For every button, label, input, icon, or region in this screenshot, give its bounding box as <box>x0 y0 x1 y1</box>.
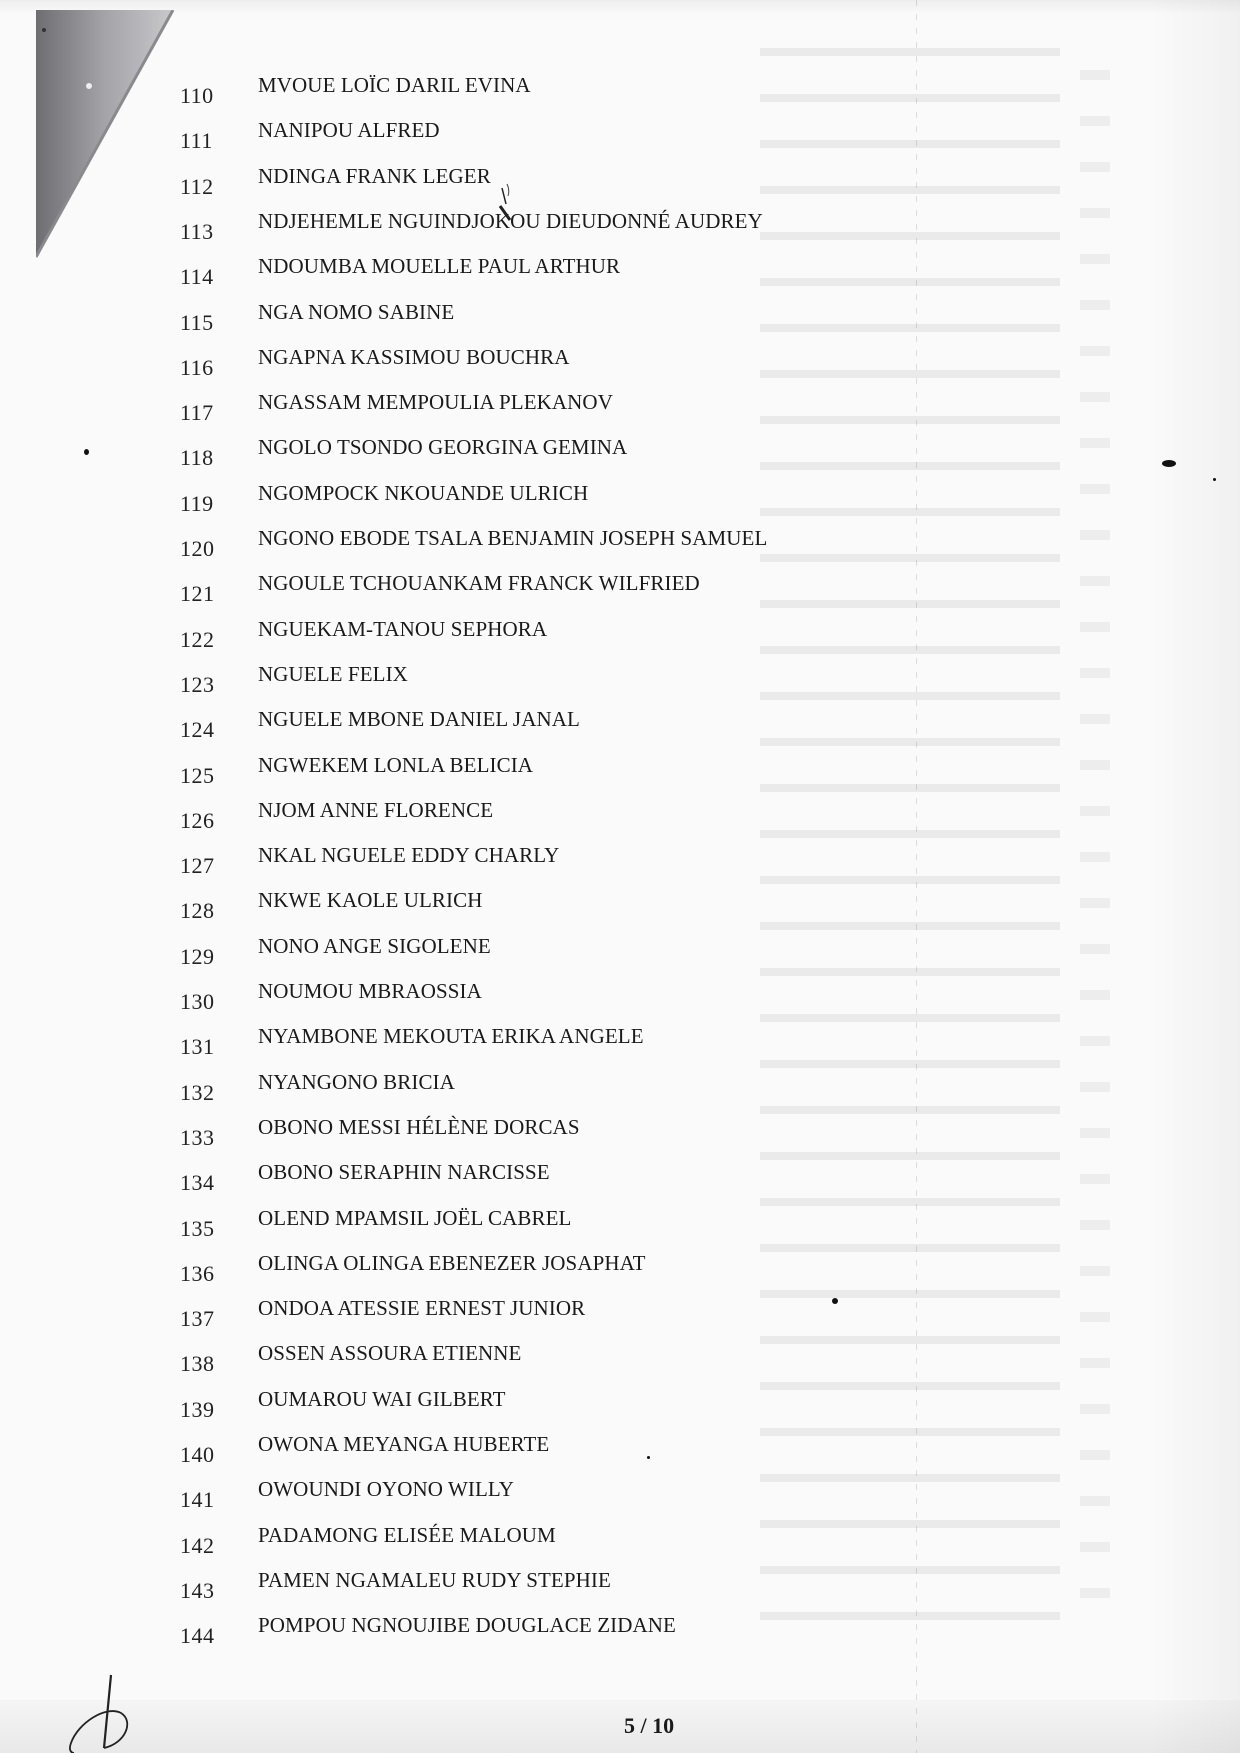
page-fold-line <box>916 0 917 1753</box>
entry-name: NYANGONO BRICIA <box>258 1070 455 1095</box>
entry-number: 133 <box>180 1125 215 1151</box>
entry-number: 113 <box>180 219 214 245</box>
list-item: 127NKAL NGUELE EDDY CHARLY <box>0 844 900 884</box>
entry-name: NGONO EBODE TSALA BENJAMIN JOSEPH SAMUEL <box>258 526 767 551</box>
ink-speck <box>647 1456 650 1459</box>
list-item: 110MVOUE LOÏC DARIL EVINA <box>0 74 900 114</box>
list-item: 132NYANGONO BRICIA <box>0 1071 900 1111</box>
list-item: 113NDJEHEMLE NGUINDJOKOU DIEUDONNÉ AUDRE… <box>0 210 900 250</box>
entry-name: NKAL NGUELE EDDY CHARLY <box>258 843 559 868</box>
entry-number: 123 <box>180 672 215 698</box>
list-item: 115NGA NOMO SABINE <box>0 301 900 341</box>
list-item: 142PADAMONG ELISÉE MALOUM <box>0 1524 900 1564</box>
entry-number: 143 <box>180 1578 215 1604</box>
ink-speck <box>1213 478 1216 481</box>
entry-name: NGAPNA KASSIMOU BOUCHRA <box>258 345 570 370</box>
list-item: 124NGUELE MBONE DANIEL JANAL <box>0 708 900 748</box>
list-item: 128NKWE KAOLE ULRICH <box>0 889 900 929</box>
entry-name: OBONO SERAPHIN NARCISSE <box>258 1160 550 1185</box>
entry-number: 118 <box>180 445 214 471</box>
entry-number: 110 <box>180 83 214 109</box>
entry-name: OSSEN ASSOURA ETIENNE <box>258 1341 521 1366</box>
list-item: 144POMPOU NGNOUJIBE DOUGLACE ZIDANE <box>0 1614 900 1654</box>
list-item: 112NDINGA FRANK LEGER <box>0 165 900 205</box>
list-item: 135OLEND MPAMSIL JOËL CABREL <box>0 1207 900 1247</box>
list-item: 119NGOMPOCK NKOUANDE ULRICH <box>0 482 900 522</box>
entry-number: 125 <box>180 763 215 789</box>
entry-name: NGASSAM MEMPOULIA PLEKANOV <box>258 390 613 415</box>
entry-name: NGOMPOCK NKOUANDE ULRICH <box>258 481 588 506</box>
ink-mark <box>470 180 550 240</box>
entry-name: NDOUMBA MOUELLE PAUL ARTHUR <box>258 254 620 279</box>
entry-name: PAMEN NGAMALEU RUDY STEPHIE <box>258 1568 611 1593</box>
entry-number: 137 <box>180 1306 215 1332</box>
entry-name: NOUMOU MBRAOSSIA <box>258 979 482 1004</box>
entry-number: 116 <box>180 355 214 381</box>
entry-number: 129 <box>180 944 215 970</box>
list-item: 126NJOM ANNE FLORENCE <box>0 799 900 839</box>
entry-number: 144 <box>180 1623 215 1649</box>
entry-name: OLEND MPAMSIL JOËL CABREL <box>258 1206 571 1231</box>
list-item: 122NGUEKAM-TANOU SEPHORA <box>0 618 900 658</box>
entry-name: OWONA MEYANGA HUBERTE <box>258 1432 549 1457</box>
entry-number: 124 <box>180 717 215 743</box>
entry-number: 126 <box>180 808 215 834</box>
list-item: 136OLINGA OLINGA EBENEZER JOSAPHAT <box>0 1252 900 1292</box>
initials-mark-icon <box>66 1673 146 1753</box>
list-item: 125NGWEKEM LONLA BELICIA <box>0 754 900 794</box>
entry-name: OLINGA OLINGA EBENEZER JOSAPHAT <box>258 1251 646 1276</box>
entry-name: POMPOU NGNOUJIBE DOUGLACE ZIDANE <box>258 1613 676 1638</box>
entry-number: 130 <box>180 989 215 1015</box>
entry-name: NDINGA FRANK LEGER <box>258 164 491 189</box>
list-item: 143PAMEN NGAMALEU RUDY STEPHIE <box>0 1569 900 1609</box>
entry-name: NONO ANGE SIGOLENE <box>258 934 491 959</box>
ink-speck <box>832 1298 838 1304</box>
entry-name: NGWEKEM LONLA BELICIA <box>258 753 533 778</box>
entry-name: PADAMONG ELISÉE MALOUM <box>258 1523 556 1548</box>
scanned-page: 110MVOUE LOÏC DARIL EVINA111NANIPOU ALFR… <box>0 0 1240 1753</box>
entry-name: OWOUNDI OYONO WILLY <box>258 1477 514 1502</box>
scan-bottom-shadow <box>0 1700 1240 1753</box>
entry-number: 121 <box>180 581 215 607</box>
entry-number: 120 <box>180 536 215 562</box>
entry-name: NJOM ANNE FLORENCE <box>258 798 493 823</box>
entry-name: NGOULE TCHOUANKAM FRANCK WILFRIED <box>258 571 700 596</box>
list-item: 138OSSEN ASSOURA ETIENNE <box>0 1342 900 1382</box>
entry-name: NGA NOMO SABINE <box>258 300 454 325</box>
entry-name: NANIPOU ALFRED <box>258 118 440 143</box>
entry-name: NGUEKAM-TANOU SEPHORA <box>258 617 547 642</box>
ink-speck <box>1162 460 1176 467</box>
entry-number: 136 <box>180 1261 215 1287</box>
entry-number: 138 <box>180 1351 215 1377</box>
list-item: 131NYAMBONE MEKOUTA ERIKA ANGELE <box>0 1025 900 1065</box>
entry-name: ONDOA ATESSIE ERNEST JUNIOR <box>258 1296 585 1321</box>
list-item: 134OBONO SERAPHIN NARCISSE <box>0 1161 900 1201</box>
entry-number: 112 <box>180 174 214 200</box>
list-item: 117NGASSAM MEMPOULIA PLEKANOV <box>0 391 900 431</box>
list-item: 140OWONA MEYANGA HUBERTE <box>0 1433 900 1473</box>
ink-speck <box>84 449 89 455</box>
list-item: 111NANIPOU ALFRED <box>0 119 900 159</box>
entry-number: 128 <box>180 898 215 924</box>
entry-number: 132 <box>180 1080 215 1106</box>
entry-number: 140 <box>180 1442 215 1468</box>
list-item: 114NDOUMBA MOUELLE PAUL ARTHUR <box>0 255 900 295</box>
entry-number: 127 <box>180 853 215 879</box>
list-item: 118NGOLO TSONDO GEORGINA GEMINA <box>0 436 900 476</box>
entry-name: MVOUE LOÏC DARIL EVINA <box>258 73 531 98</box>
entry-name: NYAMBONE MEKOUTA ERIKA ANGELE <box>258 1024 644 1049</box>
entry-number: 135 <box>180 1216 215 1242</box>
entry-name: NGUELE FELIX <box>258 662 408 687</box>
list-item: 120NGONO EBODE TSALA BENJAMIN JOSEPH SAM… <box>0 527 900 567</box>
list-item: 121NGOULE TCHOUANKAM FRANCK WILFRIED <box>0 572 900 612</box>
entry-number: 119 <box>180 491 214 517</box>
entry-number: 111 <box>180 128 213 154</box>
entry-number: 141 <box>180 1487 215 1513</box>
list-item: 139OUMAROU WAI GILBERT <box>0 1388 900 1428</box>
entry-number: 114 <box>180 264 214 290</box>
entry-number: 117 <box>180 400 214 426</box>
list-item: 141OWOUNDI OYONO WILLY <box>0 1478 900 1518</box>
page-number: 5 / 10 <box>624 1713 674 1739</box>
entry-name: NKWE KAOLE ULRICH <box>258 888 483 913</box>
list-item: 137ONDOA ATESSIE ERNEST JUNIOR <box>0 1297 900 1337</box>
entry-name: NGOLO TSONDO GEORGINA GEMINA <box>258 435 627 460</box>
entry-name: OBONO MESSI HÉLÈNE DORCAS <box>258 1115 580 1140</box>
entry-number: 131 <box>180 1034 215 1060</box>
entry-name: OUMAROU WAI GILBERT <box>258 1387 506 1412</box>
list-item: 123NGUELE FELIX <box>0 663 900 703</box>
entry-number: 134 <box>180 1170 215 1196</box>
entry-number: 115 <box>180 310 214 336</box>
list-item: 133OBONO MESSI HÉLÈNE DORCAS <box>0 1116 900 1156</box>
reverse-side-number-column <box>1080 40 1110 1630</box>
entry-number: 139 <box>180 1397 215 1423</box>
list-item: 116NGAPNA KASSIMOU BOUCHRA <box>0 346 900 386</box>
entry-number: 142 <box>180 1533 215 1559</box>
list-item: 129NONO ANGE SIGOLENE <box>0 935 900 975</box>
list-item: 130NOUMOU MBRAOSSIA <box>0 980 900 1020</box>
entry-number: 122 <box>180 627 215 653</box>
entry-name: NGUELE MBONE DANIEL JANAL <box>258 707 580 732</box>
